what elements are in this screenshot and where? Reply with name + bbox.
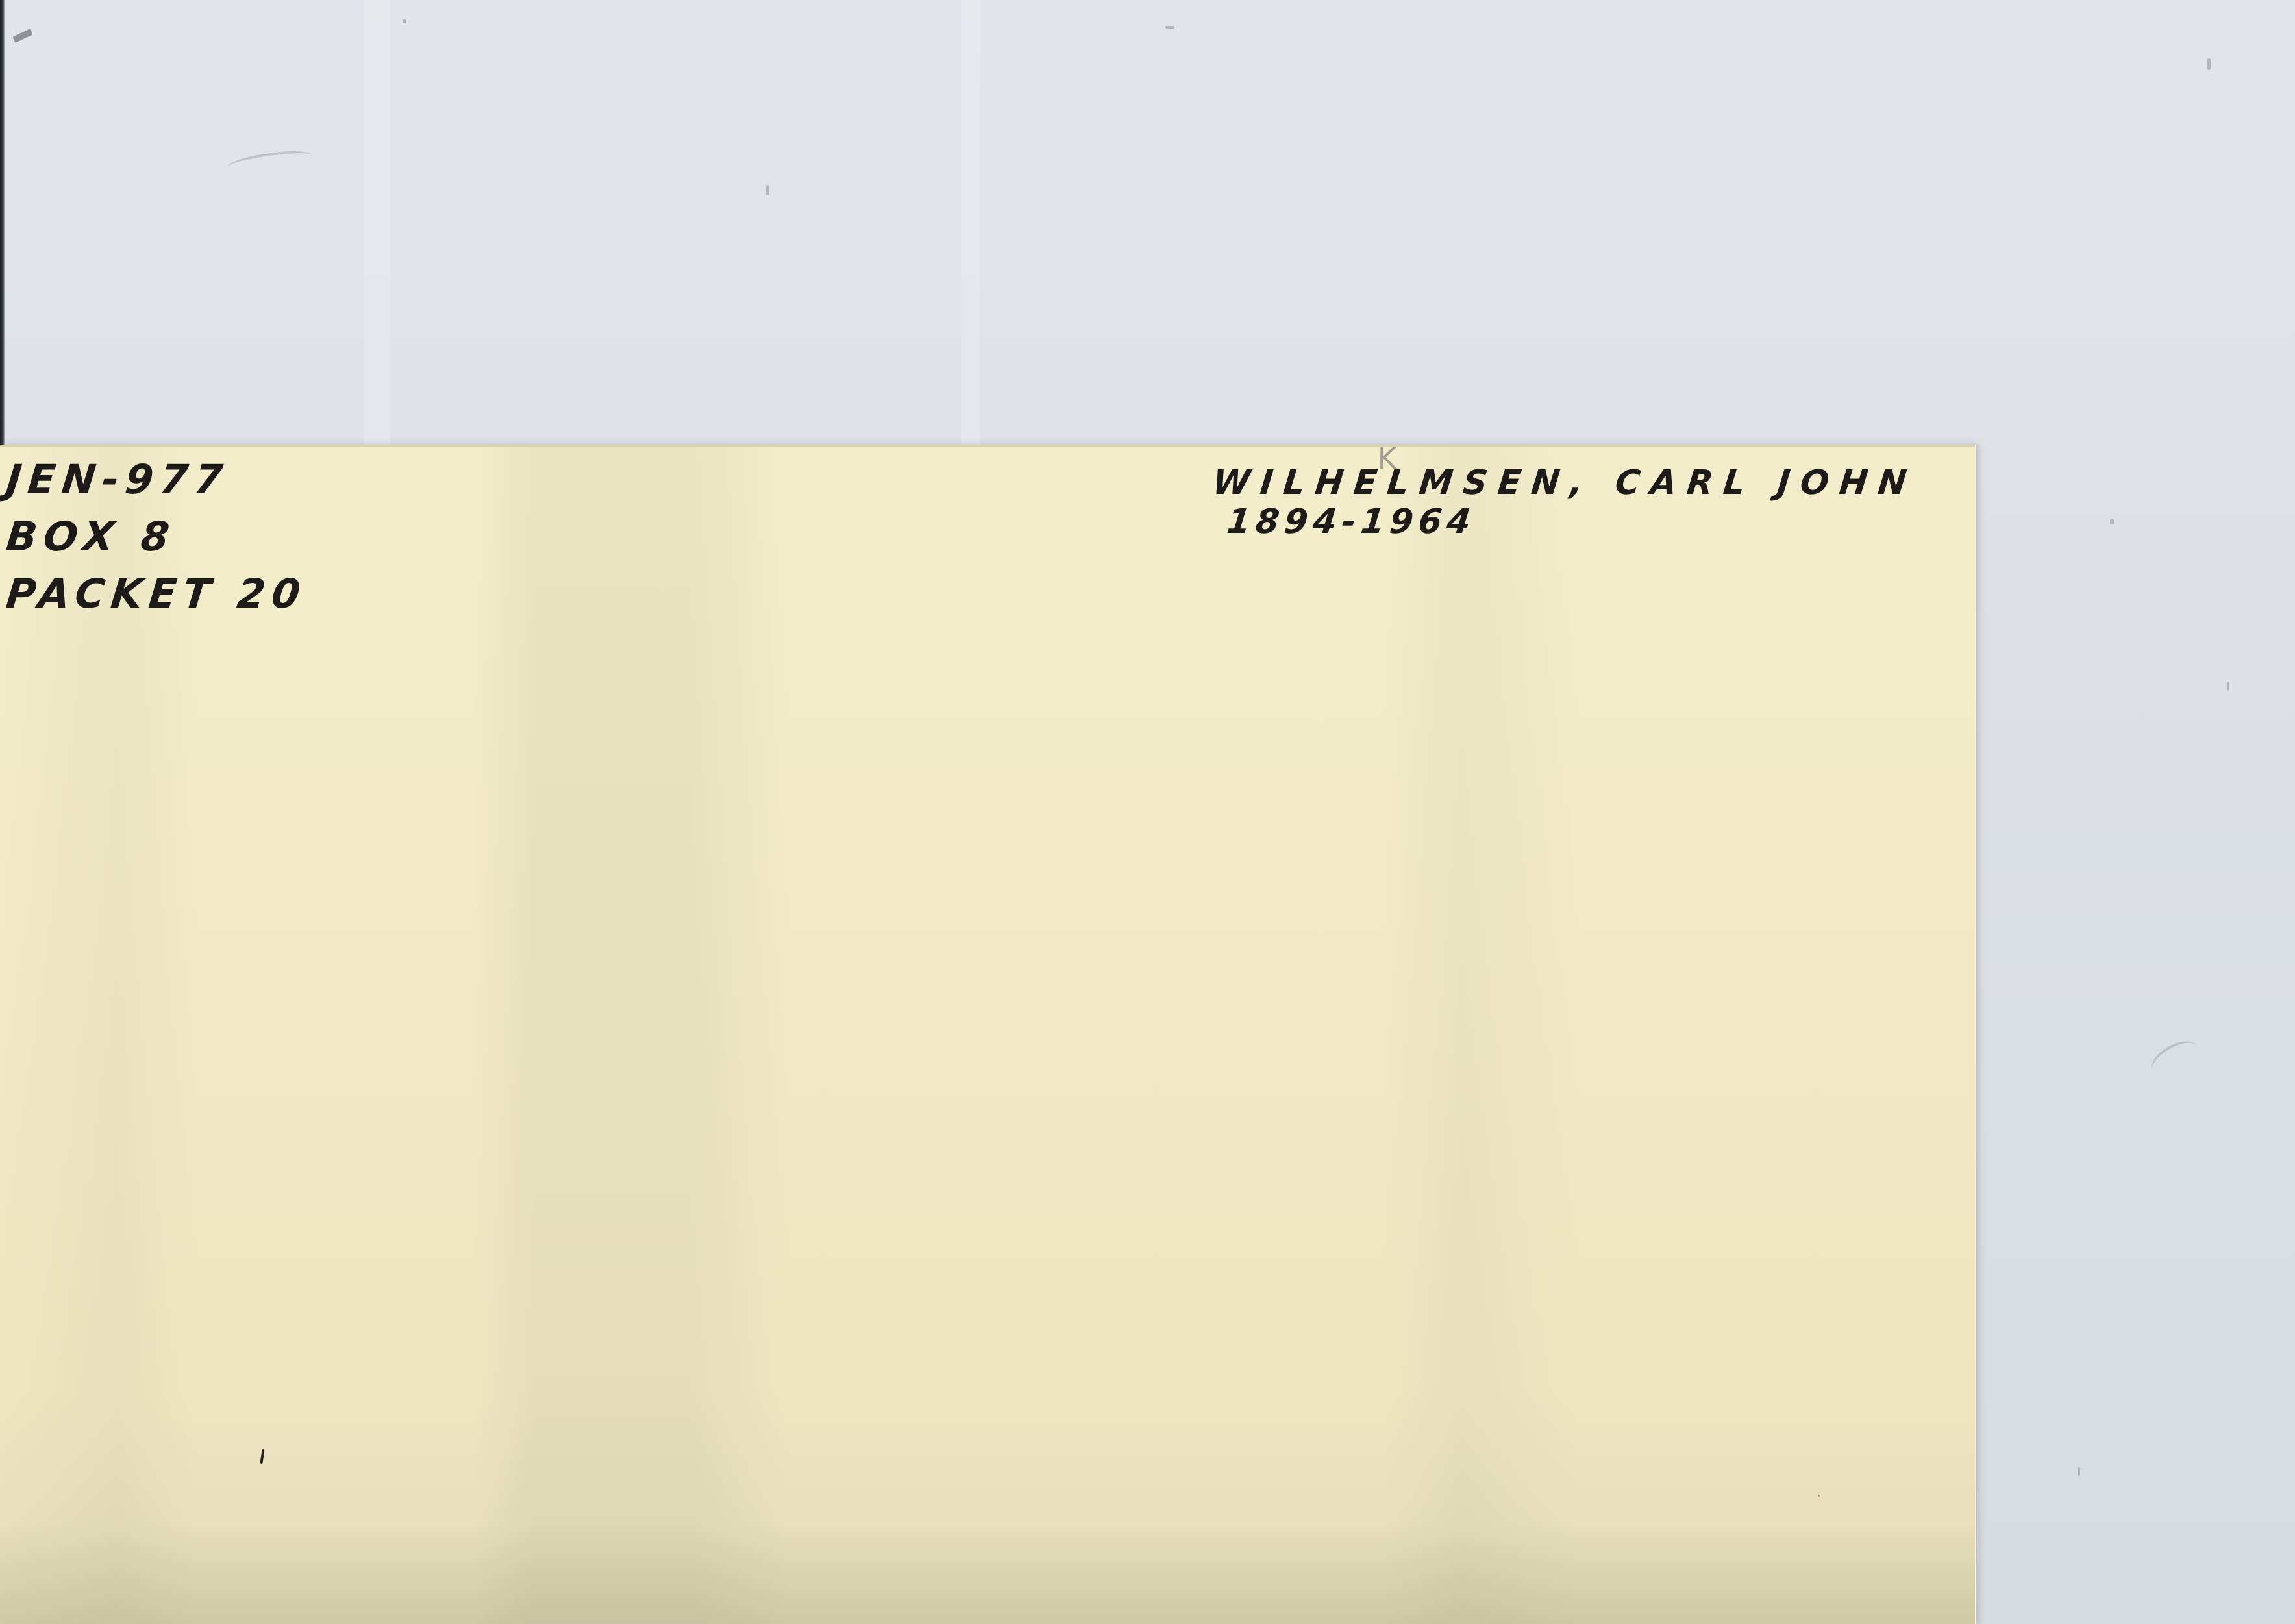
- dust-fiber: [227, 147, 312, 175]
- dust-speck: [2078, 1467, 2080, 1476]
- envelope-shadow: [0, 1522, 1975, 1624]
- ink-mark: [260, 1449, 264, 1464]
- paper-speck: [1818, 1495, 1820, 1497]
- dust-speck: [2110, 519, 2114, 524]
- subject-dates: 1894-1964: [1225, 505, 1478, 539]
- dust-speck: [1165, 26, 1174, 29]
- subject-name: WILHELMSEN, CARL JOHN: [1211, 466, 1918, 500]
- dust-speck: [403, 19, 406, 23]
- dust-speck: [2207, 58, 2211, 70]
- dust-speck: [766, 185, 769, 195]
- box-number: BOX 8: [5, 517, 178, 557]
- dust-fiber: [2145, 1034, 2204, 1085]
- dust-speck: [2227, 682, 2229, 691]
- scanner-bed-edge: [0, 0, 5, 448]
- collection-id: JEN-977: [5, 460, 231, 500]
- envelope: JEN-977 BOX 8 PACKET 20 K WILHELMSEN, CA…: [0, 445, 1975, 1624]
- packet-number: PACKET 20: [5, 574, 308, 614]
- dust-speck: [12, 29, 32, 43]
